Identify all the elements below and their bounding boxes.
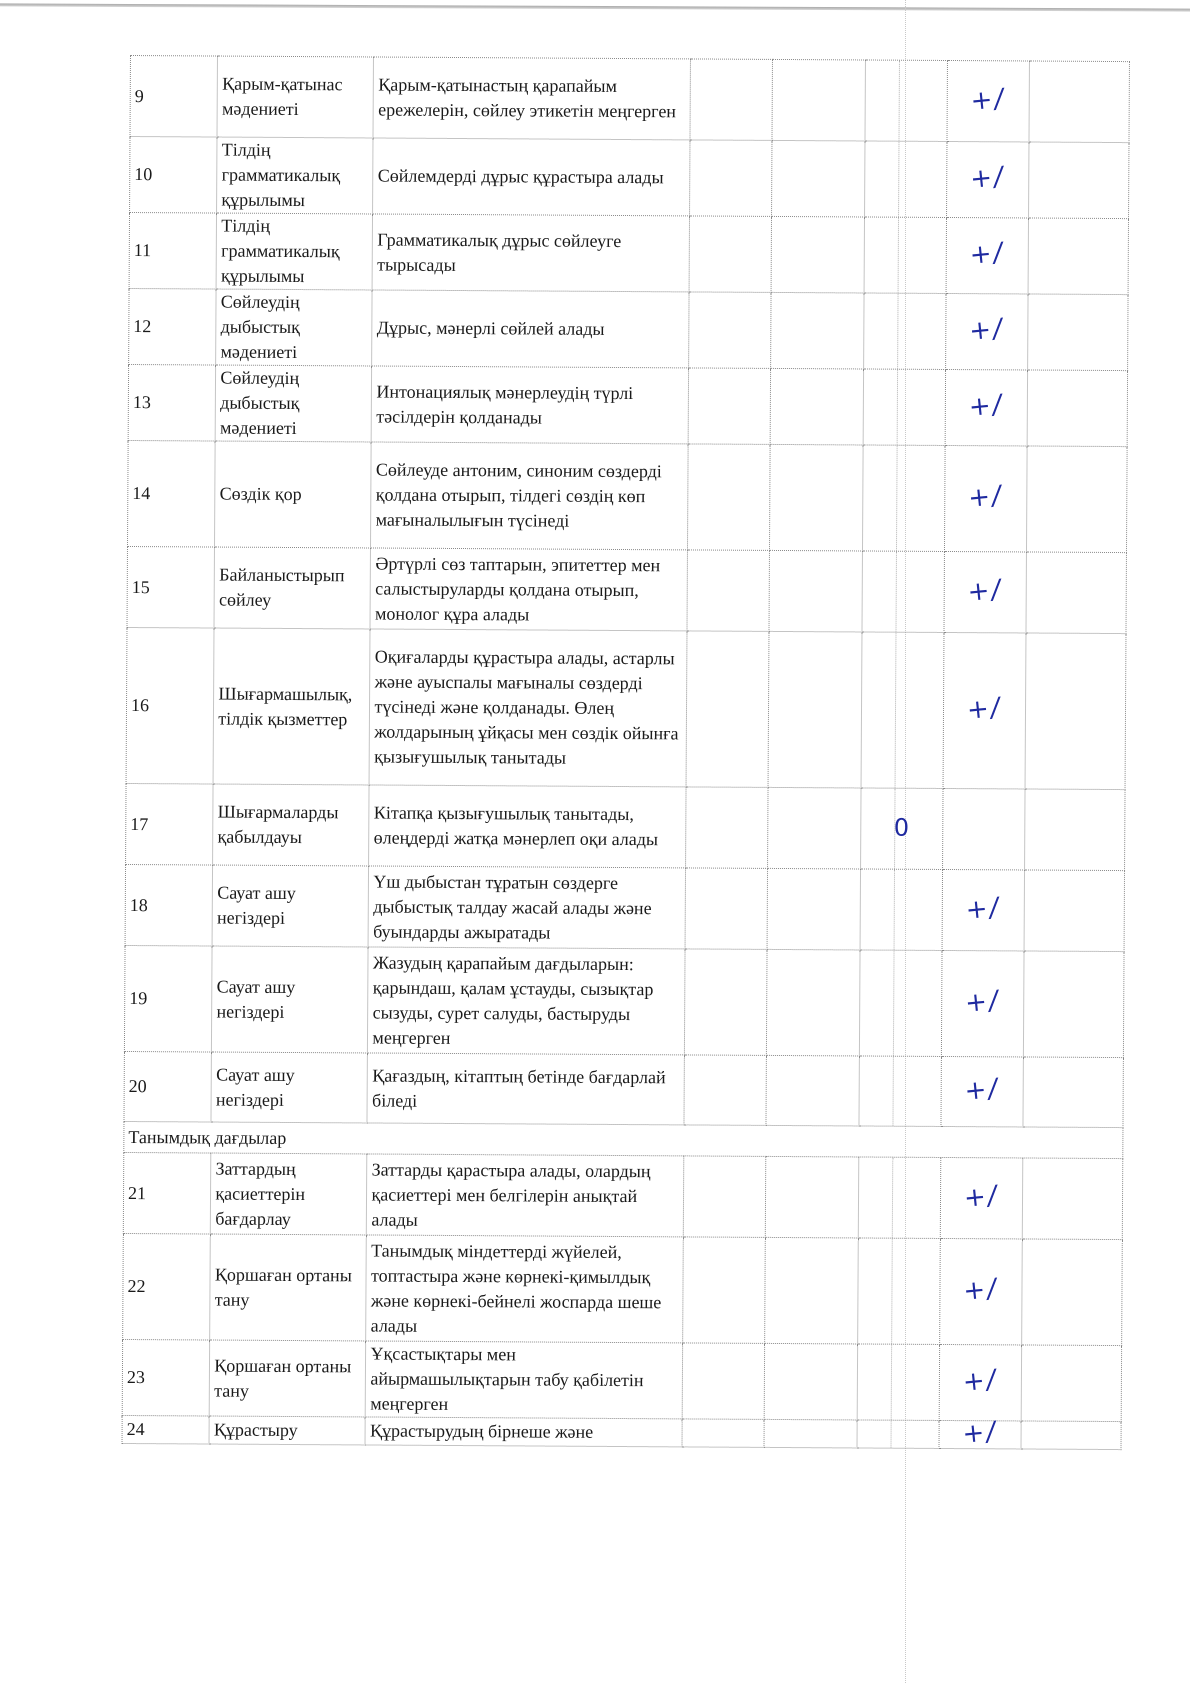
table-row: 10 Тілдің грамматикалық құрылымы Сөйлемд… <box>130 137 1129 219</box>
mark-cell-5[interactable] <box>1028 61 1129 143</box>
mark-cell-3[interactable] <box>857 1344 939 1420</box>
mark-cell-3[interactable] <box>865 60 947 141</box>
mark-cell-2[interactable] <box>771 140 864 217</box>
table-row: 23 Қоршаған ортаны тану Ұқсастықтары мен… <box>122 1339 1121 1421</box>
handwritten-mark: +/ <box>966 577 1003 605</box>
mark-cell-4[interactable]: +/ <box>942 869 1024 950</box>
row-number: 11 <box>129 213 217 290</box>
mark-cell-2[interactable] <box>769 550 862 632</box>
row-description: Заттарды қарастыра алады, олардың қасиет… <box>367 1154 684 1237</box>
handwritten-mark: +/ <box>962 1368 999 1396</box>
column-divider <box>891 1239 893 1344</box>
handwritten-mark: +/ <box>967 484 1004 512</box>
row-description: Интонациялық мәнерлеудің түрлі тәсілдері… <box>372 366 689 444</box>
mark-cell-4[interactable]: +/ <box>941 1056 1023 1126</box>
row-topic: Сөздік қор <box>215 441 372 548</box>
mark-cell-2[interactable] <box>765 1237 858 1344</box>
row-description: Дұрыс, мәнерлі сөйлей алады <box>372 290 689 368</box>
row-topic: Сауат ашу негіздері <box>212 865 369 947</box>
mark-cell-5[interactable] <box>1023 951 1124 1058</box>
row-number: 24 <box>122 1415 210 1444</box>
mark-cell-4[interactable]: +/ <box>946 217 1028 293</box>
table-row: 14 Сөздік қор Сөйлеуде антоним, синоним … <box>127 440 1127 552</box>
mark-cell-2[interactable] <box>766 949 859 1056</box>
row-description: Грамматикалық дұрыс сөйлеуге тырысады <box>373 214 690 292</box>
mark-cell-4[interactable]: +/ <box>940 1157 1022 1238</box>
mark-cell-1[interactable] <box>689 216 771 292</box>
handwritten-mark: +/ <box>966 696 1003 724</box>
mark-cell-5[interactable] <box>1025 552 1126 634</box>
mark-cell-5[interactable] <box>1027 294 1128 371</box>
table-row: 24 Құрастыру Құрастырудың бірнеше және +… <box>122 1415 1121 1449</box>
handwritten-mark: +/ <box>968 393 1005 421</box>
handwritten-mark: +/ <box>969 165 1006 193</box>
mark-cell-5[interactable] <box>1027 370 1128 447</box>
row-number: 15 <box>127 546 215 628</box>
mark-cell-5[interactable] <box>1021 1421 1122 1450</box>
row-topic: Сауат ашу негіздері <box>211 1052 368 1123</box>
mark-cell-4[interactable]: +/ <box>943 632 1026 788</box>
row-description: Кітапқа қызығушылық танытады, өлеңдерді … <box>369 785 686 868</box>
row-description: Сөйлемдерді дұрыс құрастыра алады <box>373 138 690 216</box>
mark-cell-4[interactable]: +/ <box>939 1238 1022 1344</box>
row-topic: Шығармаларды қабылдауы <box>213 784 370 866</box>
mark-cell-3[interactable] <box>863 369 945 445</box>
column-divider <box>897 294 898 369</box>
mark-cell-1[interactable] <box>690 140 772 216</box>
mark-cell-4[interactable]: +/ <box>939 1344 1021 1420</box>
mark-cell-5[interactable] <box>1028 218 1129 295</box>
mark-cell-2[interactable] <box>772 59 865 141</box>
mark-cell-3[interactable] <box>859 1056 941 1126</box>
row-description: Ұқсастықтары мен айырмашылықтарын табу қ… <box>366 1341 683 1419</box>
table-row: 13 Сөйлеудің дыбыстық мәдениеті Интонаци… <box>128 364 1127 446</box>
mark-cell-1[interactable] <box>684 949 767 1055</box>
row-number: 16 <box>126 627 214 784</box>
row-topic: Шығармашылық, тілдік қызметтер <box>213 628 370 785</box>
row-topic: Байланыстырып сөйлеу <box>214 547 371 629</box>
table-row: 18 Сауат ашу негіздері Үш дыбыстан тұрат… <box>125 864 1124 951</box>
column-divider <box>893 951 895 1056</box>
mark-cell-2[interactable] <box>767 787 860 869</box>
row-number: 20 <box>124 1051 212 1122</box>
mark-cell-1[interactable] <box>688 444 771 550</box>
row-description: Сөйлеуде антоним, синоним сөздерді қолда… <box>371 442 688 550</box>
mark-cell-2[interactable] <box>766 1055 859 1126</box>
mark-cell-2[interactable] <box>769 444 862 551</box>
row-number: 23 <box>122 1339 210 1416</box>
mark-cell-2[interactable] <box>768 631 862 788</box>
handwritten-mark: +/ <box>963 1077 1000 1105</box>
column-divider <box>898 142 899 217</box>
column-divider <box>890 1345 891 1420</box>
mark-cell-5[interactable] <box>1025 633 1126 790</box>
mark-cell-1[interactable] <box>690 59 772 140</box>
row-topic: Заттардың қасиеттерін бағдарлау <box>211 1153 368 1235</box>
handwritten-mark: +/ <box>961 1420 998 1448</box>
row-description: Әртүрлі сөз таптарын, эпитеттер мен салы… <box>370 548 687 631</box>
mark-cell-5[interactable] <box>1026 446 1127 553</box>
row-description: Жазудың қарапайым дағдыларын: қарындаш, … <box>368 947 685 1055</box>
row-description: Қағаздың, кітаптың бетінде бағдарлай біл… <box>367 1053 684 1125</box>
mark-cell-5[interactable] <box>1028 142 1129 219</box>
table-row: 11 Тілдің грамматикалық құрылымы Граммат… <box>129 213 1128 295</box>
mark-cell-5[interactable] <box>1022 1057 1123 1128</box>
mark-cell-4[interactable]: +/ <box>939 1420 1021 1448</box>
row-number: 17 <box>126 783 214 865</box>
table-row: 19 Сауат ашу негіздері Жазудың қарапайым… <box>124 945 1124 1057</box>
mark-cell-4[interactable]: +/ <box>941 950 1024 1056</box>
mark-cell-5[interactable] <box>1024 789 1125 871</box>
handwritten-mark: +/ <box>962 1277 999 1305</box>
table-row: 22 Қоршаған ортаны тану Танымдық міндетт… <box>123 1233 1123 1345</box>
row-topic: Қоршаған ортаны тану <box>210 1340 367 1417</box>
mark-cell-1[interactable] <box>686 787 768 868</box>
row-number: 19 <box>124 945 212 1052</box>
row-number: 21 <box>123 1152 211 1234</box>
mark-cell-5[interactable] <box>1021 1345 1122 1422</box>
mark-cell-3[interactable] <box>858 1157 940 1238</box>
table-row: 17 Шығармаларды қабылдауы Кітапқа қызығу… <box>126 783 1125 870</box>
column-divider <box>893 870 894 950</box>
scan-edge <box>0 3 1190 11</box>
mark-cell-4[interactable] <box>942 788 1024 869</box>
row-number: 10 <box>130 137 218 214</box>
row-topic: Қарым-қатынас мәдениеті <box>217 56 374 138</box>
column-divider <box>896 446 898 551</box>
column-divider <box>895 552 896 632</box>
mark-cell-5[interactable] <box>1024 870 1125 952</box>
column-divider <box>892 1158 893 1238</box>
column-divider <box>890 1421 891 1448</box>
row-topic: Тілдің грамматикалық құрылымы <box>216 213 373 290</box>
handwritten-mark: 0 <box>894 815 909 840</box>
mark-cell-4[interactable]: +/ <box>945 369 1027 445</box>
mark-cell-5[interactable] <box>1021 1239 1122 1346</box>
row-description: Үш дыбыстан тұратын сөздерге дыбыстық та… <box>369 866 686 949</box>
mark-cell-1[interactable] <box>683 1237 766 1343</box>
mark-cell-3[interactable] <box>864 141 946 217</box>
handwritten-mark: +/ <box>968 241 1005 269</box>
row-number: 18 <box>125 864 213 946</box>
row-number: 13 <box>128 364 216 441</box>
row-topic: Қоршаған ортаны тану <box>210 1234 367 1341</box>
mark-cell-1[interactable] <box>689 292 771 368</box>
mark-cell-4[interactable]: +/ <box>945 293 1027 369</box>
table-row: 21 Заттардың қасиеттерін бағдарлау Затта… <box>123 1152 1122 1239</box>
mark-cell-1[interactable] <box>682 1419 764 1447</box>
mark-cell-4[interactable]: +/ <box>947 60 1029 141</box>
row-number: 22 <box>123 1233 211 1340</box>
mark-cell-2[interactable] <box>771 216 864 293</box>
mark-cell-2[interactable] <box>764 1419 857 1448</box>
handwritten-mark: +/ <box>964 895 1001 923</box>
mark-cell-4[interactable]: +/ <box>944 445 1027 551</box>
mark-cell-3[interactable] <box>857 1238 940 1344</box>
mark-cell-3[interactable] <box>857 1420 939 1448</box>
mark-cell-1[interactable] <box>683 1156 765 1237</box>
row-topic: Құрастыру <box>209 1416 365 1445</box>
mark-cell-4[interactable]: +/ <box>944 551 1026 632</box>
handwritten-mark: +/ <box>964 989 1001 1017</box>
row-topic: Тілдің грамматикалық құрылымы <box>217 137 374 214</box>
row-description: Танымдық міндеттерді жүйелей, топтастыра… <box>366 1235 683 1343</box>
assessment-table: 9 Қарым-қатынас мәдениеті Қарым-қатынаст… <box>122 55 1130 1450</box>
row-description: Қарым-қатынастың қарапайым ережелерін, с… <box>373 57 690 140</box>
column-divider <box>894 633 896 788</box>
mark-cell-1[interactable] <box>687 550 769 631</box>
mark-cell-2[interactable] <box>770 368 863 445</box>
mark-cell-1[interactable] <box>688 368 770 444</box>
row-topic: Сауат ашу негіздері <box>212 946 369 1053</box>
mark-cell-2[interactable] <box>771 292 864 369</box>
mark-cell-2[interactable] <box>767 868 860 950</box>
handwritten-mark: +/ <box>969 86 1006 114</box>
table-row: 12 Сөйлеудің дыбыстық мәдениеті Дұрыс, м… <box>129 288 1128 370</box>
row-description: Құрастырудың бірнеше және <box>365 1417 682 1447</box>
mark-cell-5[interactable] <box>1022 1158 1123 1240</box>
mark-cell-1[interactable] <box>686 631 769 787</box>
row-topic: Сөйлеудің дыбыстық мәдениеті <box>216 289 373 366</box>
mark-cell-1[interactable] <box>682 1343 764 1419</box>
mark-cell-2[interactable] <box>765 1156 858 1238</box>
mark-cell-4[interactable]: +/ <box>946 141 1028 217</box>
mark-cell-3[interactable] <box>863 293 945 369</box>
column-divider <box>892 1057 893 1126</box>
mark-cell-3[interactable] <box>862 551 944 632</box>
mark-cell-3[interactable] <box>861 632 944 788</box>
mark-cell-3[interactable] <box>862 445 945 551</box>
mark-cell-1[interactable] <box>684 1055 766 1125</box>
row-description: Оқиғаларды құрастыра алады, астарлы және… <box>370 629 688 787</box>
mark-cell-3[interactable] <box>864 217 946 293</box>
row-topic: Сөйлеудің дыбыстық мәдениеті <box>215 365 372 442</box>
column-divider <box>898 61 899 141</box>
mark-cell-3[interactable] <box>860 869 942 950</box>
table-row: 9 Қарым-қатынас мәдениеті Қарым-қатынаст… <box>130 56 1129 143</box>
row-number: 9 <box>130 56 218 138</box>
table-row: 20 Сауат ашу негіздері Қағаздың, кітапты… <box>124 1051 1123 1127</box>
mark-cell-2[interactable] <box>764 1343 857 1420</box>
table-row: 16 Шығармашылық, тілдік қызметтер Оқиғал… <box>126 627 1126 789</box>
row-number: 14 <box>127 440 215 547</box>
column-divider <box>897 218 898 293</box>
column-divider <box>896 370 897 445</box>
mark-cell-3[interactable] <box>859 950 942 1056</box>
mark-cell-1[interactable] <box>685 868 767 949</box>
row-number: 12 <box>129 288 217 365</box>
mark-cell-3[interactable]: 0 <box>860 788 942 869</box>
table-row: 15 Байланыстырып сөйлеу Әртүрлі сөз тапт… <box>127 546 1126 633</box>
handwritten-mark: +/ <box>968 317 1005 345</box>
handwritten-mark: +/ <box>963 1183 1000 1211</box>
